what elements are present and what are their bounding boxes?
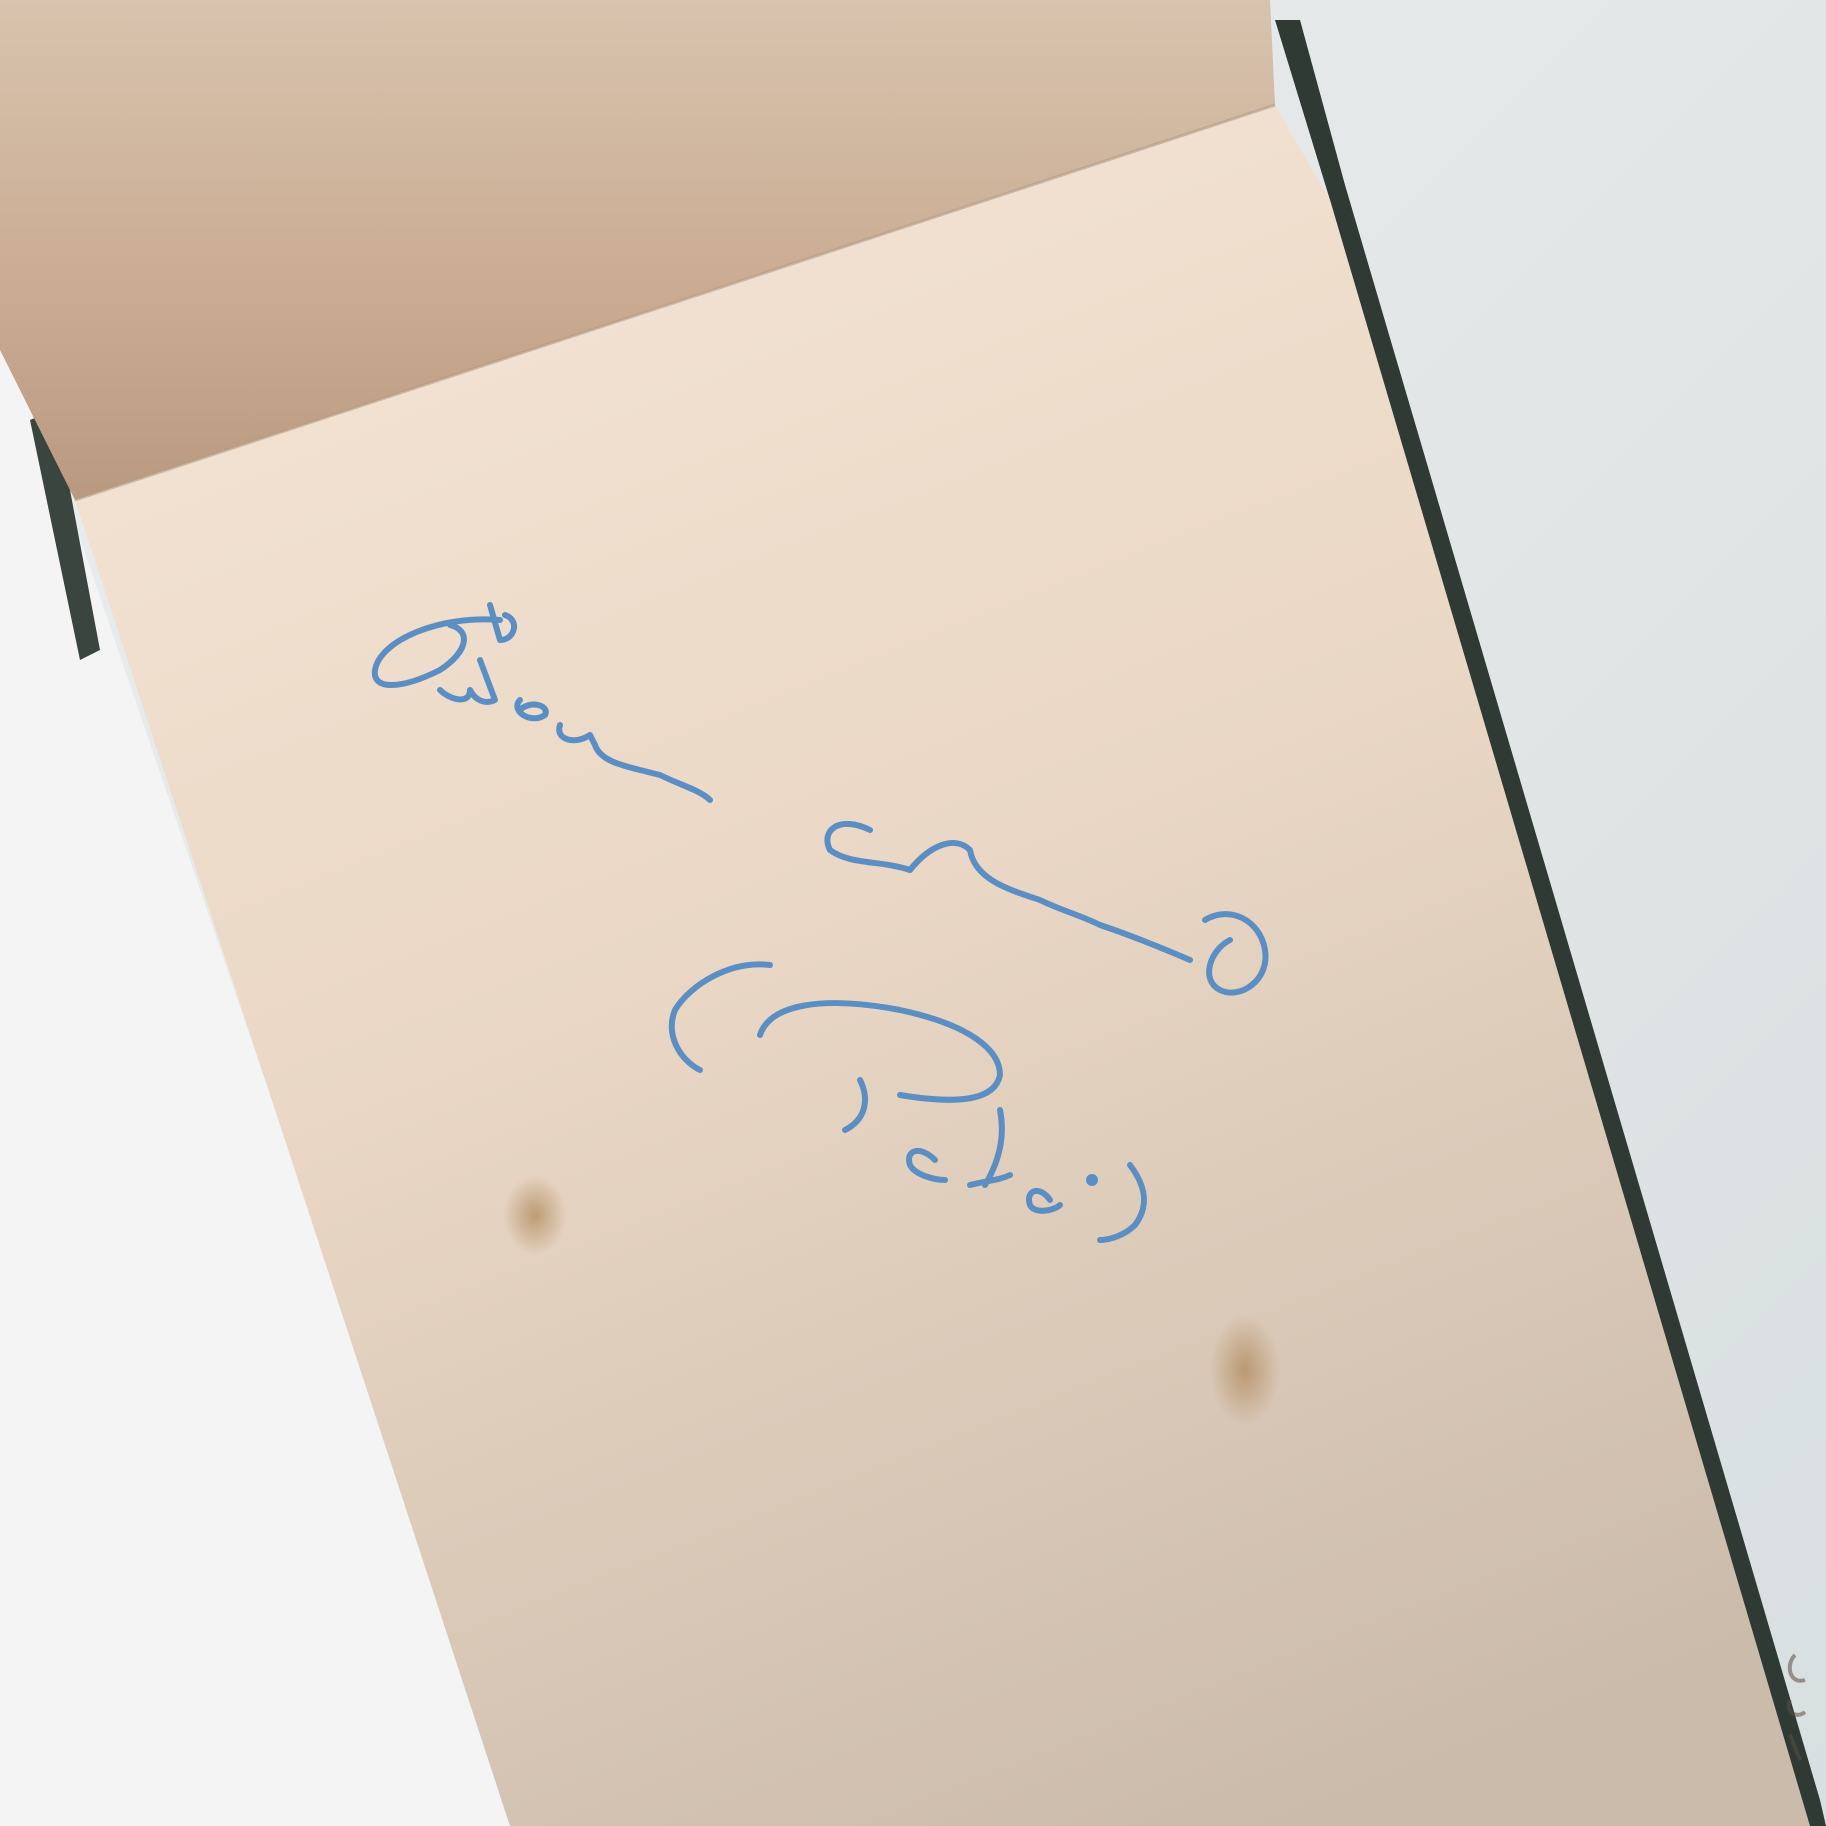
photo-scene: Edson Arantes (Pelé) Pelé — [0, 0, 1826, 1826]
stain-spot — [503, 1175, 567, 1255]
autograph-book-photo — [0, 0, 1826, 1826]
stain-spot — [1210, 1315, 1280, 1425]
